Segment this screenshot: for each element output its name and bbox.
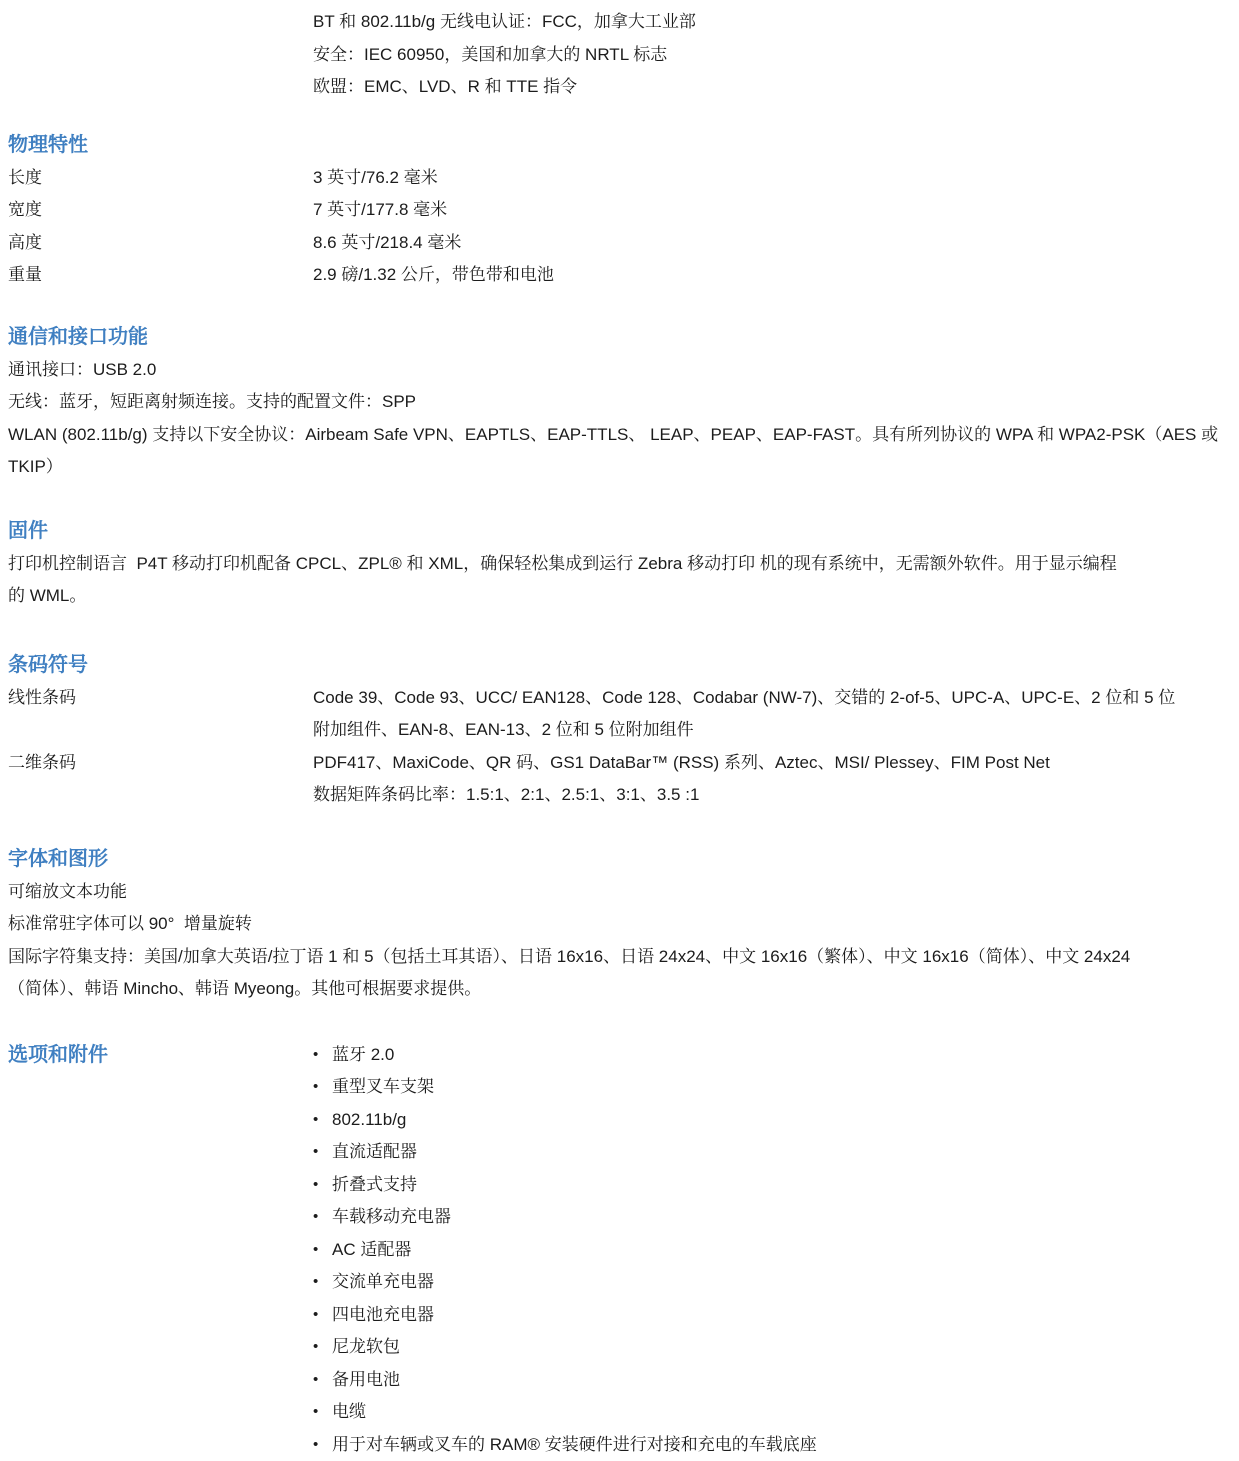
bullet-icon: • (313, 1201, 332, 1234)
bullet-item: • 交流单充电器 (313, 1266, 1231, 1299)
bullet-text: 直流适配器 (332, 1136, 1231, 1169)
regulatory-block: BT 和 802.11b/g 无线电认证：FCC，加拿大工业部 安全：IEC 6… (313, 6, 1231, 104)
bullet-item: • 备用电池 (313, 1364, 1231, 1397)
bullet-icon: • (313, 1266, 332, 1299)
spec-label: 二维条码 (8, 747, 313, 812)
bullet-item: • AC 适配器 (313, 1234, 1231, 1267)
bullet-text: 交流单充电器 (332, 1266, 1231, 1299)
comms-line: 通讯接口：USB 2.0 (8, 354, 1231, 387)
section-title-comms: 通信和接口功能 (8, 321, 1231, 354)
bullet-item: • 直流适配器 (313, 1136, 1231, 1169)
section-barcodes: 条码符号 线性条码 Code 39、Code 93、UCC/ EAN128、Co… (8, 649, 1231, 812)
section-physical: 物理特性 长度 3 英寸/76.2 毫米 宽度 7 英寸/177.8 毫米 高度… (8, 129, 1231, 292)
spec-row: 线性条码 Code 39、Code 93、UCC/ EAN128、Code 12… (8, 682, 1231, 747)
comms-line: 无线：蓝牙，短距离射频连接。支持的配置文件：SPP (8, 386, 1231, 419)
bullet-text: 尼龙软包 (332, 1331, 1231, 1364)
spec-label: 重量 (8, 259, 313, 292)
bullet-item: • 用于对车辆或叉车的 RAM® 安装硬件进行对接和充电的车载底座 (313, 1429, 1231, 1461)
bullet-item: • 802.11b/g (313, 1104, 1231, 1137)
spec-value-line: PDF417、MaxiCode、QR 码、GS1 DataBar™ (RSS) … (313, 747, 1231, 780)
bullet-item: • 蓝牙 2.0 (313, 1039, 1231, 1072)
bullet-item: • 重型叉车支架 (313, 1071, 1231, 1104)
bullet-icon: • (313, 1104, 332, 1137)
section-fonts: 字体和图形 可缩放文本功能 标准常驻字体可以 90° 增量旋转 国际字符集支持：… (8, 843, 1231, 1006)
spec-row: 宽度 7 英寸/177.8 毫米 (8, 194, 1231, 227)
bullet-item: • 尼龙软包 (313, 1331, 1231, 1364)
bullet-text: 折叠式支持 (332, 1169, 1231, 1202)
spec-value: 7 英寸/177.8 毫米 (313, 194, 1231, 227)
firmware-line: 打印机控制语言 P4T 移动打印机配备 CPCL、ZPL® 和 XML，确保轻松… (8, 548, 1231, 581)
bullet-icon: • (313, 1169, 332, 1202)
options-bullet-list: • 蓝牙 2.0 • 重型叉车支架 • 802.11b/g • 直流适配器 • … (313, 1039, 1231, 1461)
fonts-line: （简体）、韩语 Mincho、韩语 Myeong。其他可根据要求提供。 (8, 973, 1231, 1006)
spec-label: 长度 (8, 162, 313, 195)
bullet-icon: • (313, 1396, 332, 1429)
regulatory-line: 欧盟：EMC、LVD、R 和 TTE 指令 (313, 71, 1231, 104)
bullet-icon: • (313, 1136, 332, 1169)
firmware-line: 的 WML。 (8, 580, 1231, 613)
bullet-icon: • (313, 1364, 332, 1397)
section-title-firmware: 固件 (8, 515, 1231, 548)
section-comms: 通信和接口功能 通讯接口：USB 2.0 无线：蓝牙，短距离射频连接。支持的配置… (8, 321, 1231, 484)
fonts-line: 可缩放文本功能 (8, 876, 1231, 909)
bullet-text: AC 适配器 (332, 1234, 1231, 1267)
bullet-text: 重型叉车支架 (332, 1071, 1231, 1104)
bullet-text: 用于对车辆或叉车的 RAM® 安装硬件进行对接和充电的车载底座 (332, 1429, 1231, 1461)
comms-line: WLAN (802.11b/g) 支持以下安全协议：Airbeam Safe V… (8, 419, 1231, 484)
bullet-icon: • (313, 1299, 332, 1332)
spec-row: 高度 8.6 英寸/218.4 毫米 (8, 227, 1231, 260)
section-title-fonts: 字体和图形 (8, 843, 1231, 876)
fonts-line: 国际字符集支持：美国/加拿大英语/拉丁语 1 和 5（包括土耳其语）、日语 16… (8, 941, 1231, 974)
spec-label: 高度 (8, 227, 313, 260)
spec-value: 3 英寸/76.2 毫米 (313, 162, 1231, 195)
spec-value: 2.9 磅/1.32 公斤，带色带和电池 (313, 259, 1231, 292)
spec-label: 宽度 (8, 194, 313, 227)
spec-value: PDF417、MaxiCode、QR 码、GS1 DataBar™ (RSS) … (313, 747, 1231, 812)
bullet-item: • 四电池充电器 (313, 1299, 1231, 1332)
section-title-barcodes: 条码符号 (8, 649, 1231, 682)
spec-value-line: 附加组件、EAN-8、EAN-13、2 位和 5 位附加组件 (313, 714, 1231, 747)
bullet-text: 车载移动充电器 (332, 1201, 1231, 1234)
bullet-icon: • (313, 1429, 332, 1461)
spec-row: 二维条码 PDF417、MaxiCode、QR 码、GS1 DataBar™ (… (8, 747, 1231, 812)
spec-row: 长度 3 英寸/76.2 毫米 (8, 162, 1231, 195)
bullet-icon: • (313, 1234, 332, 1267)
bullet-text: 蓝牙 2.0 (332, 1039, 1231, 1072)
spec-value: 8.6 英寸/218.4 毫米 (313, 227, 1231, 260)
regulatory-line: 安全：IEC 60950，美国和加拿大的 NRTL 标志 (313, 39, 1231, 72)
bullet-text: 四电池充电器 (332, 1299, 1231, 1332)
bullet-item: • 电缆 (313, 1396, 1231, 1429)
bullet-text: 电缆 (332, 1396, 1231, 1429)
bullet-icon: • (313, 1331, 332, 1364)
section-firmware: 固件 打印机控制语言 P4T 移动打印机配备 CPCL、ZPL® 和 XML，确… (8, 515, 1231, 613)
bullet-icon: • (313, 1071, 332, 1104)
section-title-options: 选项和附件 (8, 1039, 313, 1072)
spec-value-line: Code 39、Code 93、UCC/ EAN128、Code 128、Cod… (313, 682, 1231, 715)
spec-label: 线性条码 (8, 682, 313, 747)
regulatory-line: BT 和 802.11b/g 无线电认证：FCC，加拿大工业部 (313, 6, 1231, 39)
fonts-line: 标准常驻字体可以 90° 增量旋转 (8, 908, 1231, 941)
bullet-text: 备用电池 (332, 1364, 1231, 1397)
spec-row: 重量 2.9 磅/1.32 公斤，带色带和电池 (8, 259, 1231, 292)
bullet-icon: • (313, 1039, 332, 1072)
bullet-item: • 折叠式支持 (313, 1169, 1231, 1202)
spec-value: Code 39、Code 93、UCC/ EAN128、Code 128、Cod… (313, 682, 1231, 747)
bullet-text: 802.11b/g (332, 1104, 1231, 1137)
section-title-physical: 物理特性 (8, 129, 1231, 162)
section-options: 选项和附件 • 蓝牙 2.0 • 重型叉车支架 • 802.11b/g • 直流… (8, 1039, 1231, 1461)
spec-value-line: 数据矩阵条码比率：1.5:1、2:1、2.5:1、3:1、3.5 :1 (313, 779, 1231, 812)
spec-sheet-page: BT 和 802.11b/g 无线电认证：FCC，加拿大工业部 安全：IEC 6… (0, 0, 1239, 1461)
bullet-item: • 车载移动充电器 (313, 1201, 1231, 1234)
